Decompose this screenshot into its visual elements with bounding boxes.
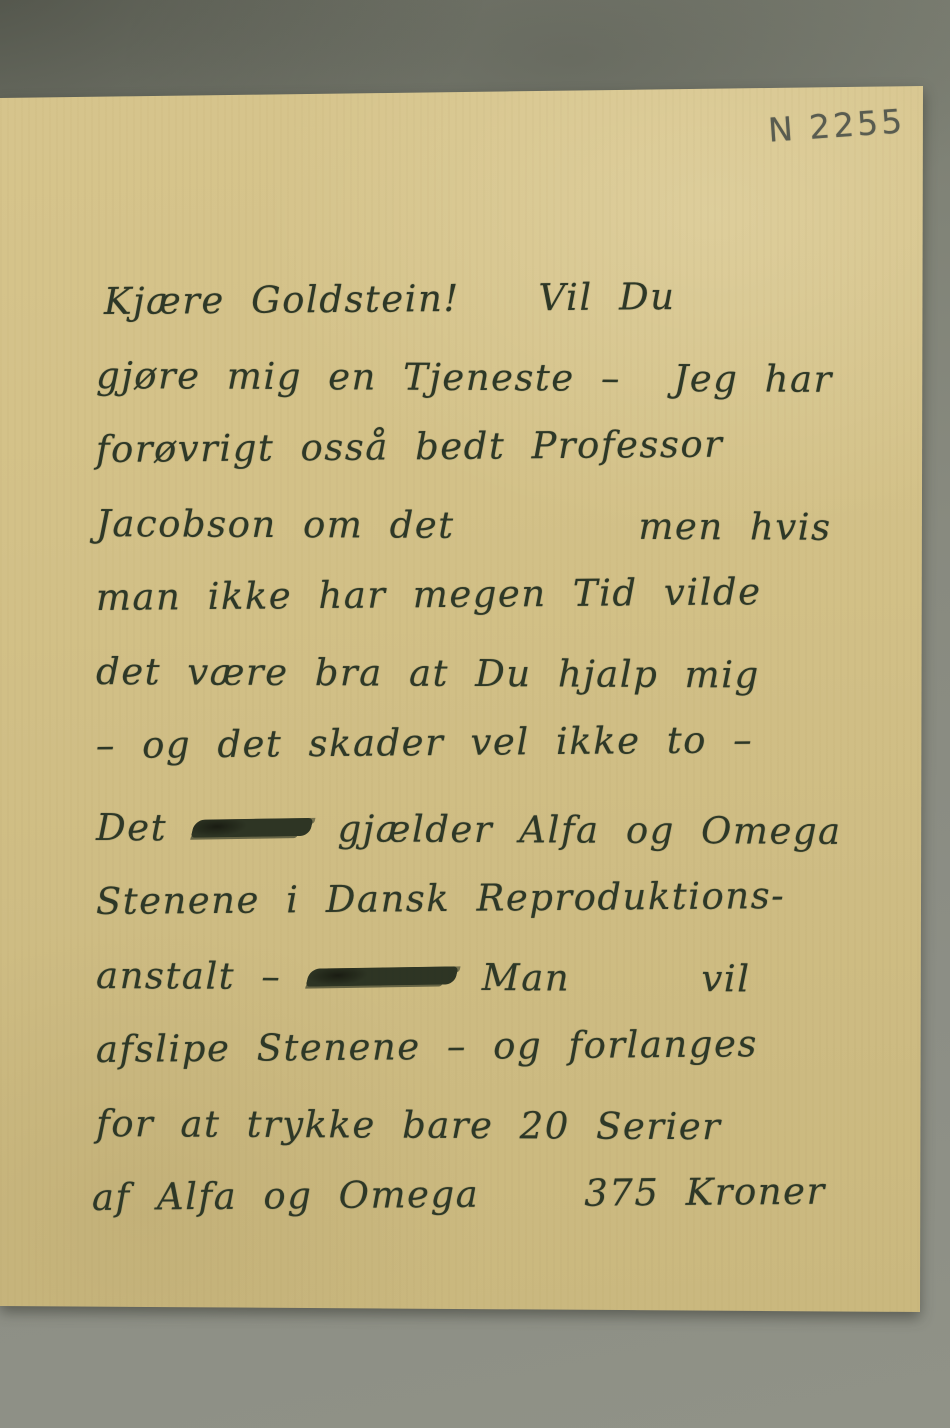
handwriting-text: af Alfa og Omega 375 Kroner — [92, 1170, 826, 1219]
handwriting-line: Stenene i Dansk Reproduktions- — [96, 873, 877, 954]
handwriting-line: Kjære Goldstein! Vil Du — [104, 273, 877, 354]
handwriting-text: Stenene i Dansk Reproduktions- — [96, 874, 786, 923]
letter-text: Kjære Goldstein! Vil Dugjøre mig en Tjen… — [96, 280, 876, 1250]
handwriting-text: det være bra at Du hjalp mig — [96, 650, 760, 696]
handwriting-text: – og det skader vel ikke to – — [96, 718, 754, 767]
handwriting-line: det være bra at Du hjalp mig — [96, 650, 876, 728]
handwriting-line: afslipe Stenene – og forlanges — [96, 1021, 877, 1102]
handwriting-text: man ikke har megen Tid vilde — [96, 570, 762, 619]
handwriting-text: afslipe Stenene – og forlanges — [96, 1022, 758, 1071]
handwriting-text: gjøre mig en Tjeneste – Jeg har — [96, 354, 833, 401]
handwriting-text: Man vil — [455, 956, 750, 1001]
handwriting-text: Jacobson om det men hvis — [96, 502, 832, 549]
handwriting-line: af Alfa og Omega 375 Kroner — [92, 1169, 877, 1250]
crossed-out-word — [191, 818, 314, 838]
letter-paper: N 2255 Kjære Goldstein! Vil Dugjøre mig … — [0, 0, 950, 1428]
handwriting-line: for at trykke bare 20 Serier — [96, 1102, 876, 1180]
handwriting-line: anstalt – Man vil — [96, 954, 876, 1032]
crossed-out-word — [305, 966, 458, 986]
photo-background: N 2255 Kjære Goldstein! Vil Dugjøre mig … — [0, 0, 950, 1428]
handwriting-line: Det gjælder Alfa og Omega — [96, 806, 876, 884]
handwriting-line: forøvrigt osså bedt Professor — [96, 421, 877, 502]
handwriting-text: gjælder Alfa og Omega — [311, 807, 842, 853]
handwriting-text: for at trykke bare 20 Serier — [96, 1102, 722, 1148]
paper-shadow: N 2255 Kjære Goldstein! Vil Dugjøre mig … — [0, 0, 950, 1428]
archival-number: N 2255 — [767, 101, 907, 149]
handwriting-line: – og det skader vel ikke to – — [96, 717, 877, 798]
handwriting-text: forøvrigt osså bedt Professor — [96, 423, 724, 471]
handwriting-line: gjøre mig en Tjeneste – Jeg har — [96, 354, 876, 432]
handwriting-line: man ikke har megen Tid vilde — [96, 569, 877, 650]
handwriting-text: anstalt – — [96, 954, 308, 998]
handwriting-line: Jacobson om det men hvis — [96, 502, 876, 580]
handwriting-text: Det — [96, 806, 193, 850]
handwriting-text: Kjære Goldstein! Vil Du — [104, 275, 676, 323]
